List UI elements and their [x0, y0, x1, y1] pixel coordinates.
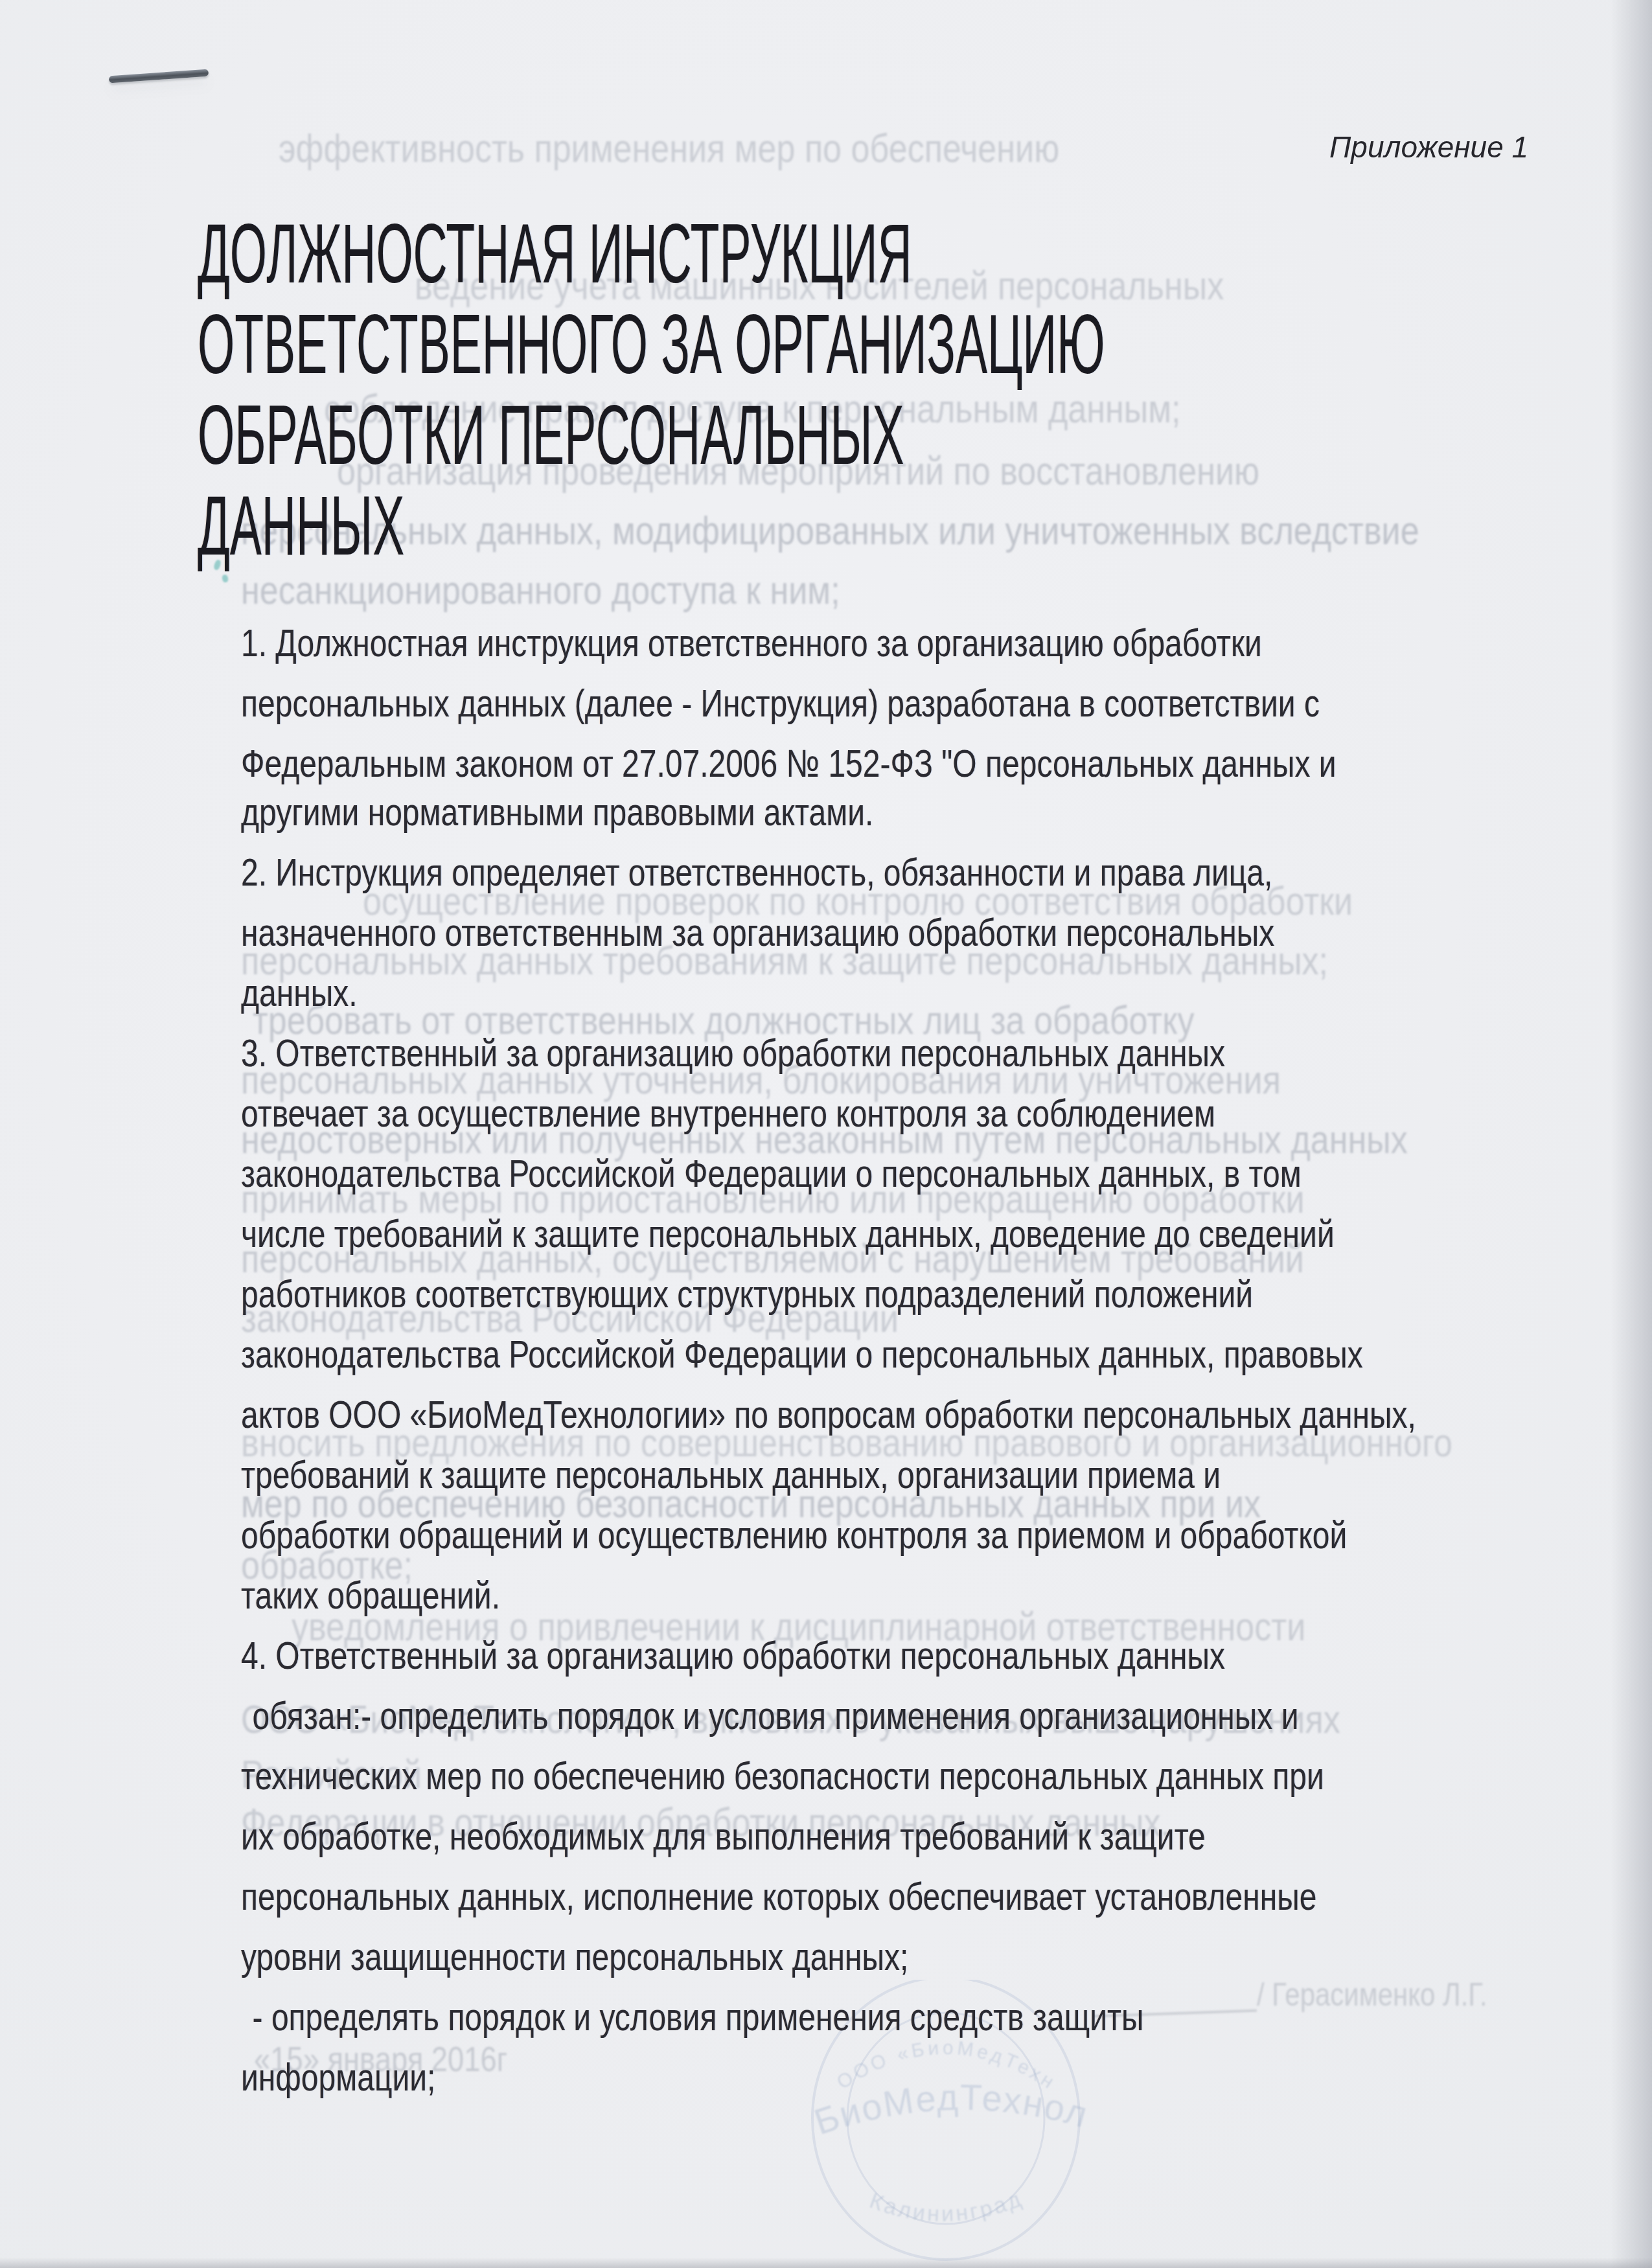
ghost-text-line: несанкционированного доступа к ним;: [241, 569, 840, 613]
title-line: ДОЛЖНОСТНАЯ ИНСТРУКЦИЯ: [198, 209, 1105, 299]
body-line: требований к защите персональных данных,…: [241, 1445, 1589, 1505]
body-line: актов ООО «БиоМедТехнологии» по вопросам…: [241, 1384, 1589, 1445]
annotation-label: Приложение 1: [1329, 130, 1528, 165]
body-line: законодательства Российской Федерации о …: [241, 1143, 1589, 1204]
body-line: их обработке, необходимых для выполнения…: [241, 1806, 1589, 1866]
body-line: - определять порядок и условия применени…: [253, 1987, 1589, 2047]
body-line: обязан:- определить порядок и условия пр…: [253, 1686, 1589, 1746]
body-line: 1. Должностная инструкция ответственного…: [241, 613, 1589, 673]
document-title: ДОЛЖНОСТНАЯ ИНСТРУКЦИЯ ОТВЕТСТВЕННОГО ЗА…: [198, 209, 1105, 571]
body-line: персональных данных, исполнение которых …: [241, 1866, 1589, 1927]
body-line: работников соответствующих структурных п…: [241, 1264, 1589, 1324]
body-line: числе требований к защите персональных д…: [241, 1204, 1589, 1264]
body-line: 3. Ответственный за организацию обработк…: [241, 1023, 1589, 1083]
body-line: уровни защищенности персональных данных;: [241, 1927, 1589, 1987]
scan-edge-right: [1611, 0, 1652, 2268]
body-line: технических мер по обеспечению безопасно…: [241, 1746, 1589, 1806]
scanned-document-page: Приложение 1 эффективность применения ме…: [0, 0, 1652, 2268]
body-line: 4. Ответственный за организацию обработк…: [241, 1625, 1589, 1686]
body-line: данных.: [241, 963, 1589, 1023]
title-line: ОБРАБОТКИ ПЕРСОНАЛЬНЫХ: [198, 390, 1105, 481]
body-line: законодательства Российской Федерации о …: [241, 1324, 1589, 1384]
title-line: ОТВЕТСТВЕННОГО ЗА ОРГАНИЗАЦИЮ: [198, 299, 1105, 390]
scan-speck: [222, 574, 229, 583]
body-line: таких обращений.: [241, 1565, 1589, 1625]
title-line: ДАННЫХ: [198, 481, 1105, 571]
ghost-text-line: эффективность применения мер по обеспече…: [279, 127, 1059, 171]
body-line: информации;: [241, 2047, 1589, 2107]
body-line: обработки обращений и осуществлению конт…: [241, 1505, 1589, 1565]
body-line: назначенного ответственным за организаци…: [241, 902, 1589, 963]
body-line: 2. Инструкция определяет ответственность…: [241, 842, 1589, 902]
body-line: отвечает за осуществление внутреннего ко…: [241, 1083, 1589, 1143]
staple: [109, 69, 209, 84]
stamp-city-text: Калининград: [866, 2186, 1026, 2227]
body-line: персональных данных (далее - Инструкция)…: [241, 673, 1589, 733]
document-body: 1. Должностная инструкция ответственного…: [241, 613, 1589, 2107]
